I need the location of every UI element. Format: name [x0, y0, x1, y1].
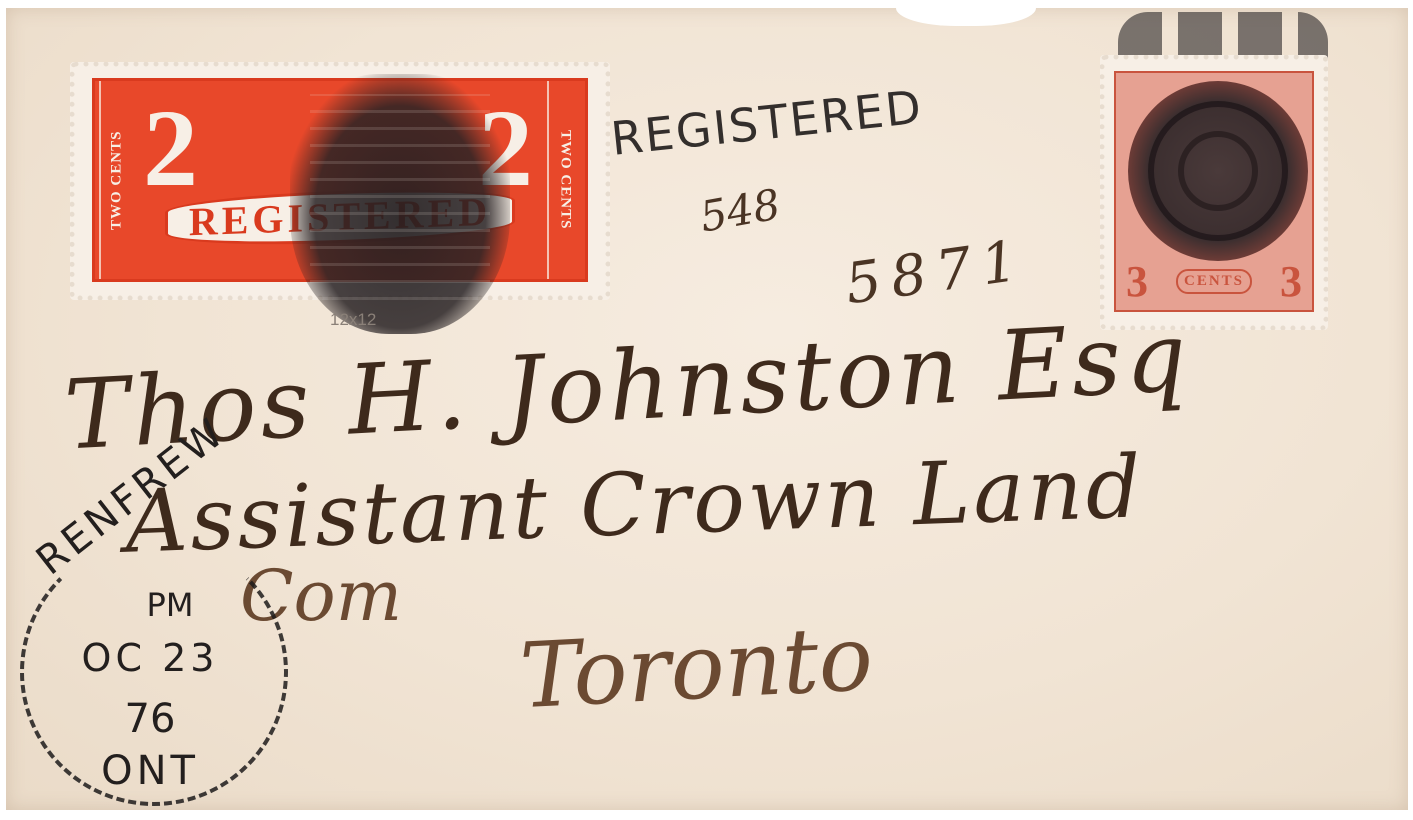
- address-line-4: Toronto: [517, 606, 875, 729]
- envelope-tear: [896, 8, 1036, 26]
- registration-stamp: TWO CENTS 2 2 REGISTERED TWO CENTS: [70, 62, 610, 300]
- pencil-note: 12x12: [330, 310, 376, 330]
- target-cancel-ring-inner: [1178, 131, 1258, 211]
- renfrew-postmark: RENFREW PM OC 23 76 ONT: [10, 518, 290, 808]
- stamp-value-tablet: 3 CENTS 3: [1116, 256, 1312, 306]
- queen-portrait-medallion: [1128, 81, 1308, 261]
- stamp-side-text-left: TWO CENTS: [99, 81, 133, 279]
- postmark-province: ONT: [10, 748, 290, 794]
- postmark-year: 76: [10, 696, 290, 742]
- stamp-numeral-left: 2: [143, 93, 198, 203]
- stamp-cents-label: CENTS: [1176, 269, 1252, 294]
- postage-stamp: 3 CENTS 3: [1100, 55, 1328, 330]
- grid-cancel-mark: [290, 74, 510, 334]
- postmark-date: OC 23: [10, 636, 290, 680]
- postmark-time: PM: [30, 586, 310, 624]
- stamp-numeral-left: 3: [1126, 256, 1148, 307]
- stamp-side-text-right: TWO CENTS: [547, 81, 581, 279]
- postage-stamp-design: 3 CENTS 3: [1114, 71, 1314, 312]
- stamp-numeral-right: 3: [1280, 256, 1302, 307]
